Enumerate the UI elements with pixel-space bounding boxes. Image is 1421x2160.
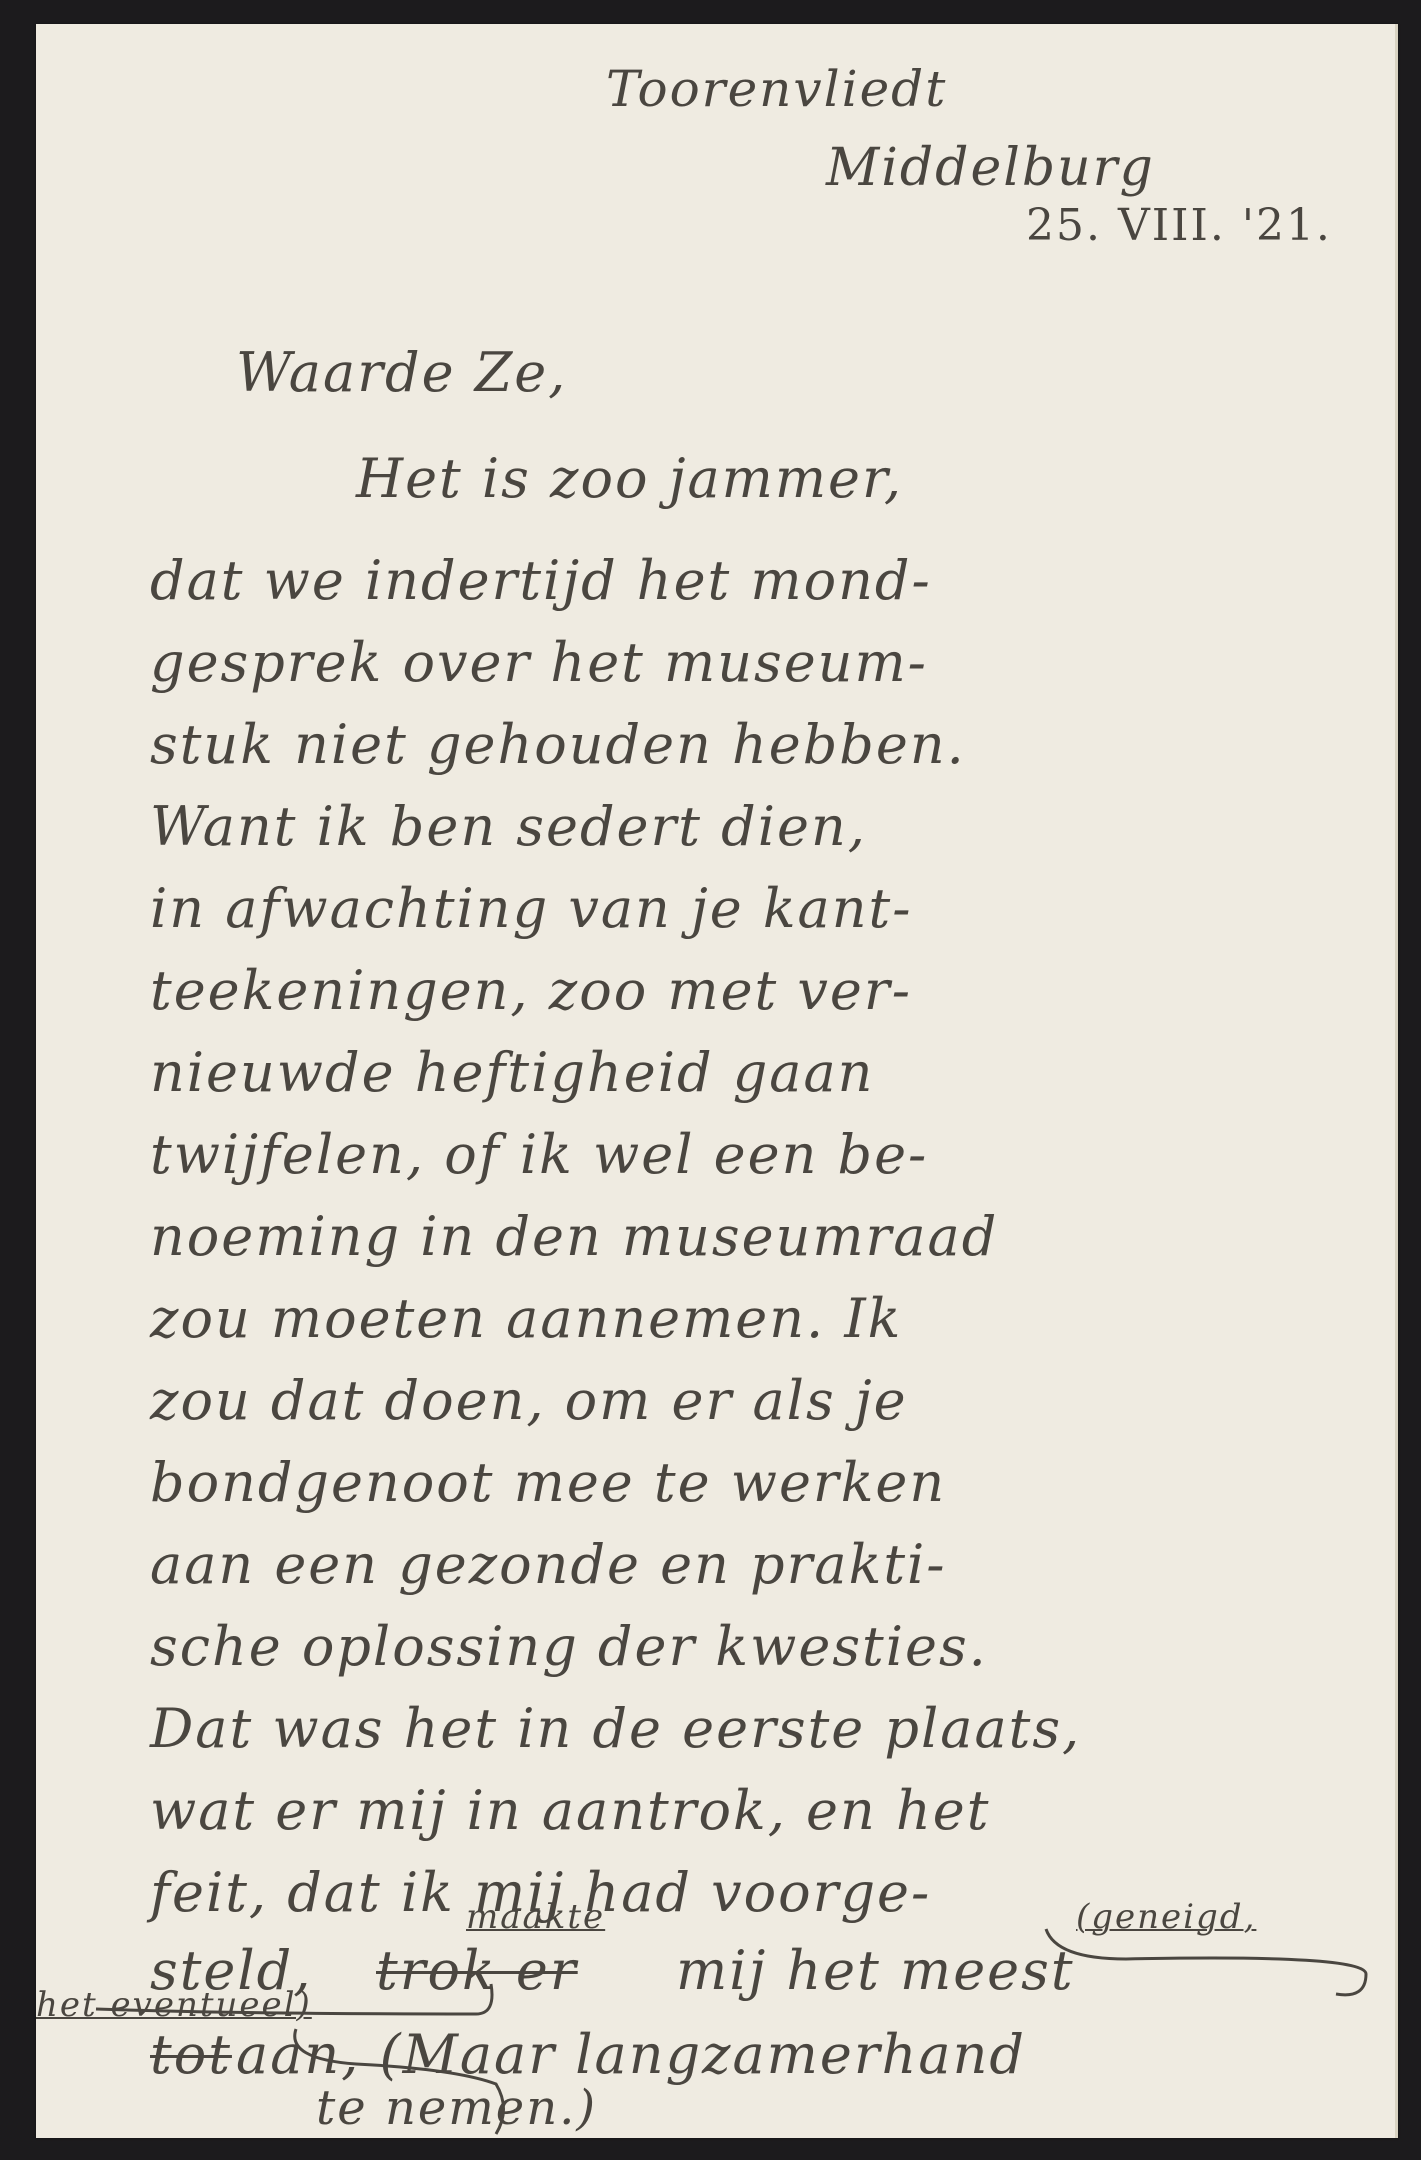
correction-bracket-strokes xyxy=(36,24,1398,2138)
letter-page: Toorenvliedt Middelburg 25. VIII. '21. W… xyxy=(36,24,1398,2138)
